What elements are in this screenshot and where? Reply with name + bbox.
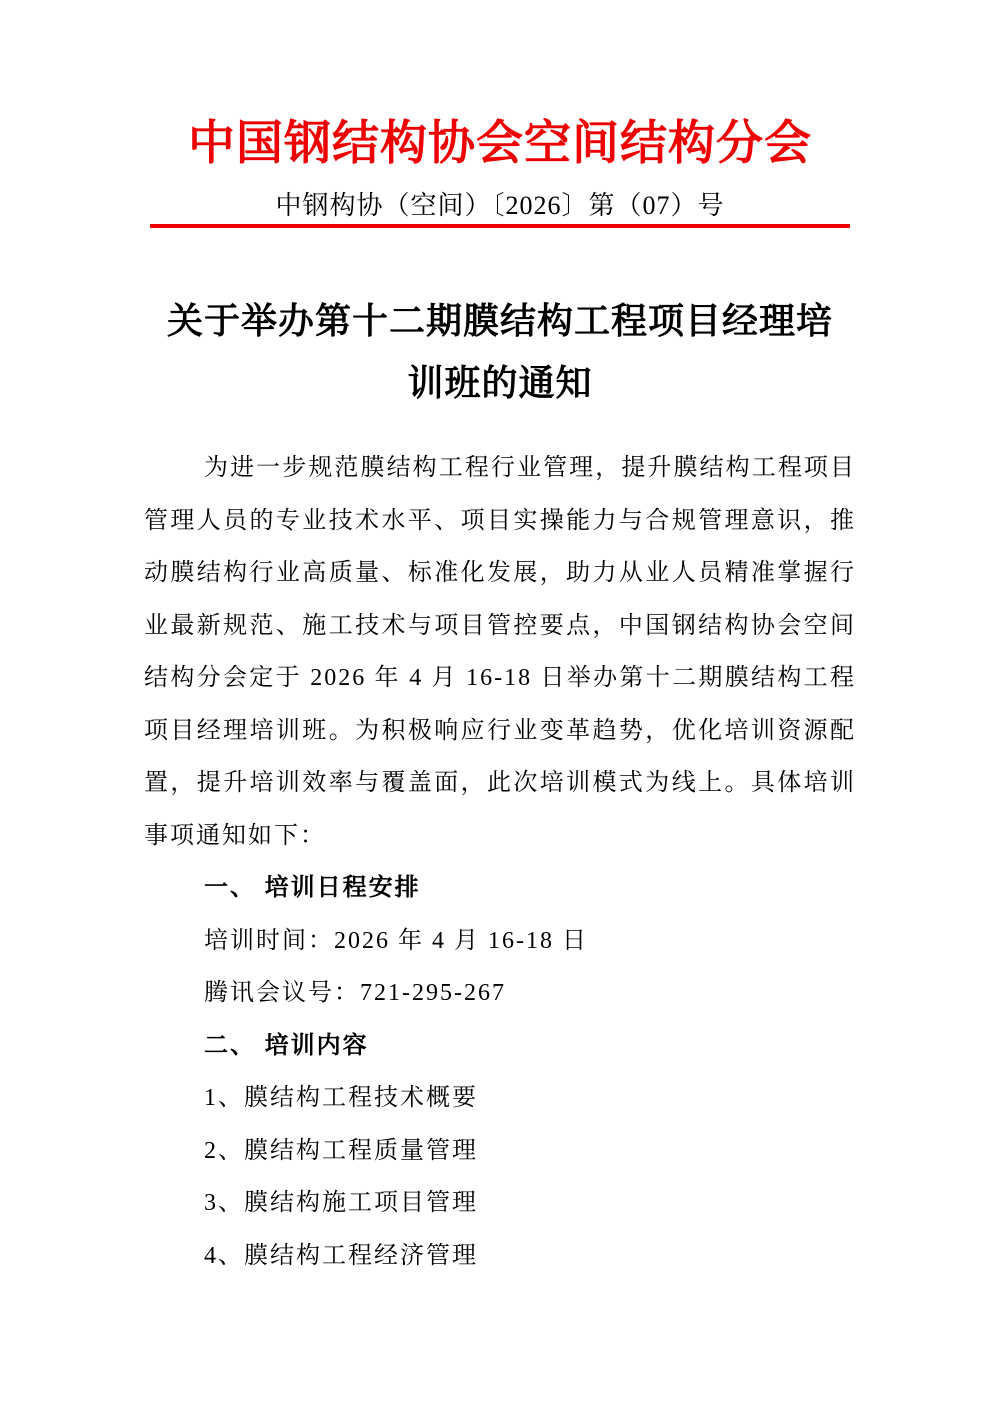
document-number: 中钢构协（空间）〔2026〕第（07）号 xyxy=(0,192,1000,220)
organization-title: 中国钢结构协会空间结构分会 xyxy=(0,112,1000,176)
notice-title: 关于举办第十二期膜结构工程项目经理培训班的通知 xyxy=(160,290,840,414)
content-item-3: 3、膜结构施工项目管理 xyxy=(144,1177,856,1230)
content-item-4: 4、膜结构工程经济管理 xyxy=(144,1230,856,1283)
content-item-2: 2、膜结构工程质量管理 xyxy=(144,1125,856,1178)
section1-heading-training-schedule: 一、 培训日程安排 xyxy=(144,862,856,915)
document-header: 中国钢结构协会空间结构分会 中钢构协（空间）〔2026〕第（07）号 xyxy=(0,0,1000,228)
section2-heading-training-content: 二、 培训内容 xyxy=(144,1020,856,1073)
notice-document-page: 中国钢结构协会空间结构分会 中钢构协（空间）〔2026〕第（07）号 关于举办第… xyxy=(0,0,1000,1414)
red-divider-line xyxy=(150,224,850,228)
document-body: 为进一步规范膜结构工程行业管理，提升膜结构工程项目管理人员的专业技术水平、项目实… xyxy=(144,442,856,1282)
intro-paragraph: 为进一步规范膜结构工程行业管理，提升膜结构工程项目管理人员的专业技术水平、项目实… xyxy=(144,442,856,862)
content-item-1: 1、膜结构工程技术概要 xyxy=(144,1072,856,1125)
training-time-line: 培训时间：2026 年 4 月 16-18 日 xyxy=(144,915,856,968)
tencent-meeting-id-line: 腾讯会议号：721-295-267 xyxy=(144,967,856,1020)
